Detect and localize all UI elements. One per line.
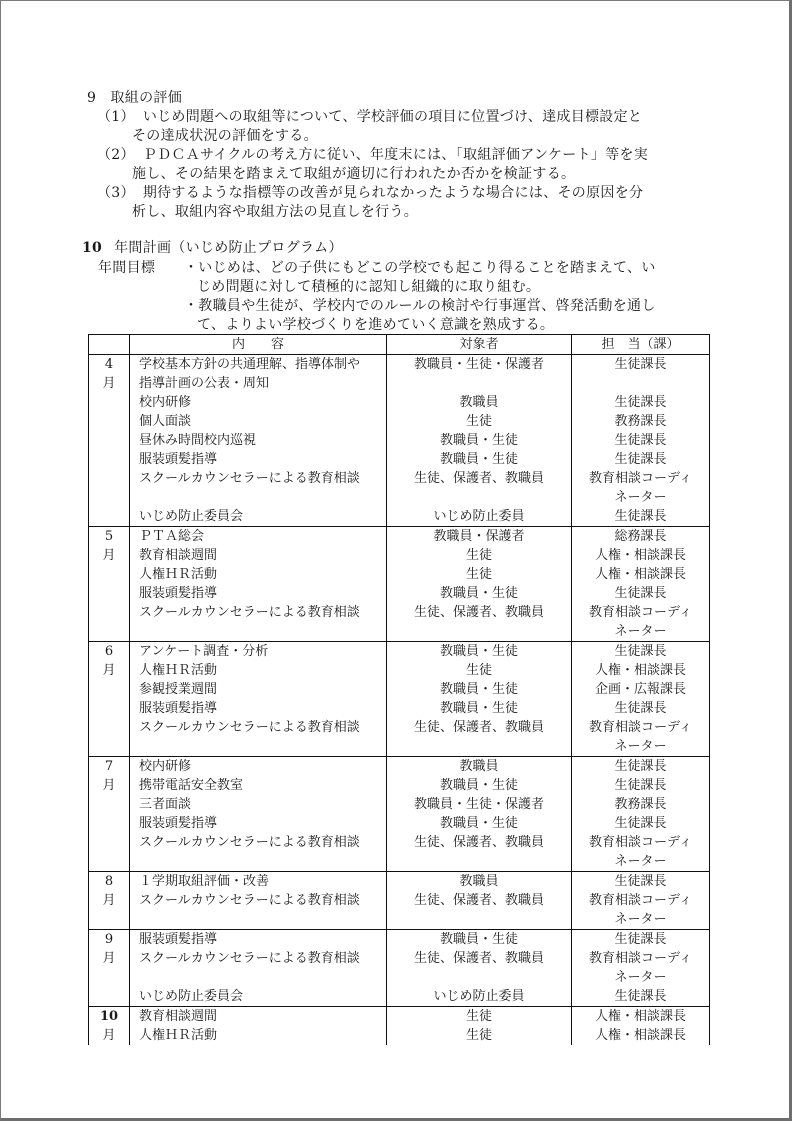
content-text: 服装頭髪指導 <box>139 584 386 603</box>
item-marker: （3） <box>97 185 135 201</box>
target-text: 教職員・生徒 <box>387 431 571 450</box>
owner-text: 生徒課長 <box>572 776 709 795</box>
document-page: 9 取組の評価 （1）いじめ問題への取組等について、学校評価の項目に位置づけ、達… <box>0 0 792 1121</box>
owner-text: ネーター <box>572 737 709 756</box>
target-text: いじめ防止委員 <box>387 507 571 526</box>
target-text: 生徒 <box>387 661 571 680</box>
content-cell: 服装頭髪指導スクールカウンセラーによる教育相談いじめ防止委員会 <box>130 930 387 1007</box>
annual-plan-table: 内 容 対象者 担 当（課） 4月学校基本方針の共通理解、指導体制や指導計画の公… <box>88 334 710 1045</box>
content-text: 教育相談週間 <box>139 1007 386 1026</box>
owner-text <box>572 374 709 393</box>
target-text: 教職員・生徒・保護者 <box>387 355 571 374</box>
content-text <box>139 968 386 987</box>
target-cell: 教職員・保護者生徒生徒教職員・生徒生徒、保護者、教職員 <box>387 527 572 642</box>
content-text: 携帯電話安全教室 <box>139 776 386 795</box>
owner-text: 生徒課長 <box>572 757 709 776</box>
owner-cell: 生徒課長人権・相談課長企画・広報課長生徒課長教育相談コーディネーター <box>572 642 710 757</box>
content-text: いじめ防止委員会 <box>139 987 386 1006</box>
owner-text: 生徒課長 <box>572 450 709 469</box>
content-text: スクールカウンセラーによる教育相談 <box>139 469 386 488</box>
section-9-heading: 9 取組の評価 <box>87 89 182 108</box>
content-cell: 学校基本方針の共通理解、指導体制や指導計画の公表・周知校内研修個人面談昼休み時間… <box>130 355 387 527</box>
content-cell: ＰＴＡ総会教育相談週間人権ＨＲ活動服装頭髪指導スクールカウンセラーによる教育相談 <box>130 527 387 642</box>
header-month <box>89 335 130 355</box>
owner-text: 教育相談コーディ <box>572 718 709 737</box>
target-text: 教職員・生徒 <box>387 814 571 833</box>
content-text: スクールカウンセラーによる教育相談 <box>139 949 386 968</box>
month-number: 10 <box>89 1007 129 1026</box>
owner-text: 企画・広報課長 <box>572 680 709 699</box>
target-text: 教職員・生徒・保護者 <box>387 795 571 814</box>
target-text: 生徒、保護者、教職員 <box>387 718 571 737</box>
owner-text: 生徒課長 <box>572 431 709 450</box>
month-cell: 10月 <box>89 1007 130 1046</box>
month-unit: 月 <box>89 949 129 968</box>
month-unit: 月 <box>89 891 129 910</box>
item-text: 期待するような指標等の改善が見られなかったような場合には、その原因を分 <box>143 185 644 201</box>
content-text: 服装頭髪指導 <box>139 450 386 469</box>
month-number: 8 <box>89 872 129 891</box>
header-target: 対象者 <box>387 335 572 355</box>
owner-text: 生徒課長 <box>572 355 709 374</box>
content-text <box>139 488 386 507</box>
header-owner: 担 当（課） <box>572 335 710 355</box>
month-cell: 7月 <box>89 757 130 872</box>
goal-2-line-1: ・教職員や生徒が、学校内でのルールの検討や行事運営、啓発活動を通し <box>184 297 656 316</box>
content-text: 服装頭髪指導 <box>139 930 386 949</box>
content-text: 昼休み時間校内巡視 <box>139 431 386 450</box>
content-text: 校内研修 <box>139 757 386 776</box>
owner-text: 人権・相談課長 <box>572 1026 709 1045</box>
owner-text: 教務課長 <box>572 795 709 814</box>
target-text: 生徒 <box>387 412 571 431</box>
owner-text: 生徒課長 <box>572 507 709 526</box>
target-text: 生徒、保護者、教職員 <box>387 833 571 852</box>
month-number: 5 <box>89 527 129 546</box>
target-text: 生徒、保護者、教職員 <box>387 469 571 488</box>
content-cell: １学期取組評価・改善スクールカウンセラーによる教育相談 <box>130 872 387 930</box>
owner-cell: 生徒課長教育相談コーディネーター <box>572 872 710 930</box>
owner-text: 教育相談コーディ <box>572 891 709 910</box>
table-row: 9月服装頭髪指導スクールカウンセラーによる教育相談いじめ防止委員会教職員・生徒生… <box>89 930 710 1007</box>
content-cell: 教育相談週間人権ＨＲ活動 <box>130 1007 387 1046</box>
section-title: 年間計画（いじめ防止プログラム） <box>114 240 343 256</box>
content-text: 個人面談 <box>139 412 386 431</box>
owner-text: 生徒課長 <box>572 699 709 718</box>
month-unit: 月 <box>89 374 129 393</box>
month-unit: 月 <box>89 776 129 795</box>
eval-item-3-line-1: （3）期待するような指標等の改善が見られなかったような場合には、その原因を分 <box>97 184 643 203</box>
target-text <box>387 910 571 929</box>
owner-text: 教育相談コーディ <box>572 833 709 852</box>
item-marker: （1） <box>97 109 135 125</box>
target-text: 生徒 <box>387 546 571 565</box>
owner-text: 生徒課長 <box>572 814 709 833</box>
month-cell: 9月 <box>89 930 130 1007</box>
content-text: 人権ＨＲ活動 <box>139 1026 386 1045</box>
content-text <box>139 910 386 929</box>
content-text: 人権ＨＲ活動 <box>139 565 386 584</box>
owner-cell: 生徒課長教育相談コーディネーター生徒課長 <box>572 930 710 1007</box>
target-text: 生徒、保護者、教職員 <box>387 603 571 622</box>
eval-item-3-line-2: 析し、取組内容や取組方法の見直しを行う。 <box>132 203 418 222</box>
table-row: 6月アンケート調査・分析人権ＨＲ活動参観授業週間服装頭髪指導スクールカウンセラー… <box>89 642 710 757</box>
table-row: 7月校内研修携帯電話安全教室三者面談服装頭髪指導スクールカウンセラーによる教育相… <box>89 757 710 872</box>
content-text <box>139 737 386 756</box>
goal-1-line-2: じめ問題に対して積極的に認知し組織的に取り組む。 <box>197 278 540 297</box>
section-number: 10 <box>82 240 102 256</box>
content-text: 人権ＨＲ活動 <box>139 661 386 680</box>
eval-item-2-line-2: 施し、その結果を踏まえて取組が適切に行われたか否かを検証する。 <box>132 165 575 184</box>
target-text: 生徒、保護者、教職員 <box>387 891 571 910</box>
header-content: 内 容 <box>130 335 387 355</box>
target-text <box>387 852 571 871</box>
month-cell: 8月 <box>89 872 130 930</box>
target-cell: 教職員・生徒・保護者教職員生徒教職員・生徒教職員・生徒生徒、保護者、教職員いじめ… <box>387 355 572 527</box>
target-text: 教職員・保護者 <box>387 527 571 546</box>
target-cell: 生徒生徒 <box>387 1007 572 1046</box>
table-header-row: 内 容 対象者 担 当（課） <box>89 335 710 355</box>
content-text: スクールカウンセラーによる教育相談 <box>139 603 386 622</box>
section-10-heading: 10年間計画（いじめ防止プログラム） <box>82 239 343 258</box>
owner-text: 教育相談コーディ <box>572 603 709 622</box>
owner-text: 人権・相談課長 <box>572 546 709 565</box>
target-cell: 教職員教職員・生徒教職員・生徒・保護者教職員・生徒生徒、保護者、教職員 <box>387 757 572 872</box>
target-text: 教職員・生徒 <box>387 450 571 469</box>
content-text: いじめ防止委員会 <box>139 507 386 526</box>
annual-goal-label: 年間目標 <box>98 259 155 278</box>
owner-text: ネーター <box>572 622 709 641</box>
table-row: 8月１学期取組評価・改善スクールカウンセラーによる教育相談教職員生徒、保護者、教… <box>89 872 710 930</box>
eval-item-1-line-2: その達成状況の評価をする。 <box>132 127 318 146</box>
goal-2-line-2: て、よりよい学校づくりを進めていく意識を熟成する。 <box>197 316 554 335</box>
content-text: アンケート調査・分析 <box>139 642 386 661</box>
item-text: ＰＤＣＡサイクルの考え方に従い、年度末には、「取組評価アンケート」等を実 <box>143 147 648 163</box>
eval-item-1-line-1: （1）いじめ問題への取組等について、学校評価の項目に位置づけ、達成目標設定と <box>97 108 642 127</box>
eval-item-2-line-1: （2）ＰＤＣＡサイクルの考え方に従い、年度末には、「取組評価アンケート」等を実 <box>97 146 648 165</box>
target-text: 生徒、保護者、教職員 <box>387 949 571 968</box>
month-unit: 月 <box>89 1026 129 1045</box>
content-cell: 校内研修携帯電話安全教室三者面談服装頭髪指導スクールカウンセラーによる教育相談 <box>130 757 387 872</box>
owner-text: ネーター <box>572 488 709 507</box>
owner-text: 教育相談コーディ <box>572 469 709 488</box>
target-text <box>387 488 571 507</box>
content-cell: アンケート調査・分析人権ＨＲ活動参観授業週間服装頭髪指導スクールカウンセラーによ… <box>130 642 387 757</box>
owner-text: 生徒課長 <box>572 584 709 603</box>
content-text: 指導計画の公表・周知 <box>139 374 386 393</box>
owner-text: 人権・相談課長 <box>572 565 709 584</box>
month-unit: 月 <box>89 546 129 565</box>
owner-text: 教務課長 <box>572 412 709 431</box>
content-text: 校内研修 <box>139 393 386 412</box>
owner-text: 人権・相談課長 <box>572 661 709 680</box>
owner-cell: 総務課長人権・相談課長人権・相談課長生徒課長教育相談コーディネーター <box>572 527 710 642</box>
target-text: 教職員・生徒 <box>387 930 571 949</box>
table-row: 10月教育相談週間人権ＨＲ活動生徒生徒人権・相談課長人権・相談課長 <box>89 1007 710 1046</box>
target-text: 教職員・生徒 <box>387 584 571 603</box>
owner-text: 生徒課長 <box>572 987 709 1006</box>
content-text: 学校基本方針の共通理解、指導体制や <box>139 355 386 374</box>
owner-text: 人権・相談課長 <box>572 1007 709 1026</box>
month-cell: 6月 <box>89 642 130 757</box>
month-cell: 4月 <box>89 355 130 527</box>
content-text: 三者面談 <box>139 795 386 814</box>
owner-text: 生徒課長 <box>572 393 709 412</box>
month-number: 9 <box>89 930 129 949</box>
owner-text: 総務課長 <box>572 527 709 546</box>
target-text: 生徒 <box>387 1007 571 1026</box>
content-text: 服装頭髪指導 <box>139 699 386 718</box>
owner-text: ネーター <box>572 910 709 929</box>
content-text: 参観授業週間 <box>139 680 386 699</box>
goal-1-line-1: ・いじめは、どの子供にもどこの学校でも起こり得ることを踏まえて、い <box>184 259 656 278</box>
owner-text: 生徒課長 <box>572 930 709 949</box>
owner-text: ネーター <box>572 968 709 987</box>
content-text: １学期取組評価・改善 <box>139 872 386 891</box>
content-text: 教育相談週間 <box>139 546 386 565</box>
table-row: 4月学校基本方針の共通理解、指導体制や指導計画の公表・周知校内研修個人面談昼休み… <box>89 355 710 527</box>
owner-cell: 生徒課長生徒課長教務課長生徒課長生徒課長教育相談コーディネーター生徒課長 <box>572 355 710 527</box>
target-text: 教職員・生徒 <box>387 776 571 795</box>
content-text: 服装頭髪指導 <box>139 814 386 833</box>
target-text: いじめ防止委員 <box>387 987 571 1006</box>
target-text: 教職員 <box>387 757 571 776</box>
target-text: 教職員 <box>387 872 571 891</box>
owner-text: ネーター <box>572 852 709 871</box>
target-text <box>387 968 571 987</box>
target-cell: 教職員生徒、保護者、教職員 <box>387 872 572 930</box>
content-text <box>139 852 386 871</box>
target-cell: 教職員・生徒生徒教職員・生徒教職員・生徒生徒、保護者、教職員 <box>387 642 572 757</box>
owner-cell: 生徒課長生徒課長教務課長生徒課長教育相談コーディネーター <box>572 757 710 872</box>
target-text <box>387 622 571 641</box>
owner-text: 生徒課長 <box>572 872 709 891</box>
content-text: スクールカウンセラーによる教育相談 <box>139 833 386 852</box>
owner-cell: 人権・相談課長人権・相談課長 <box>572 1007 710 1046</box>
owner-text: 教育相談コーディ <box>572 949 709 968</box>
table-body: 4月学校基本方針の共通理解、指導体制や指導計画の公表・周知校内研修個人面談昼休み… <box>89 355 710 1046</box>
owner-text: 生徒課長 <box>572 642 709 661</box>
target-cell: 教職員・生徒生徒、保護者、教職員いじめ防止委員 <box>387 930 572 1007</box>
content-text: スクールカウンセラーによる教育相談 <box>139 718 386 737</box>
target-text: 教職員・生徒 <box>387 699 571 718</box>
month-number: 4 <box>89 355 129 374</box>
target-text: 教職員・生徒 <box>387 680 571 699</box>
month-cell: 5月 <box>89 527 130 642</box>
item-text: いじめ問題への取組等について、学校評価の項目に位置づけ、達成目標設定と <box>143 109 642 125</box>
content-text: ＰＴＡ総会 <box>139 527 386 546</box>
target-text: 教職員・生徒 <box>387 642 571 661</box>
month-unit: 月 <box>89 661 129 680</box>
month-number: 7 <box>89 757 129 776</box>
target-text: 生徒 <box>387 565 571 584</box>
target-text <box>387 374 571 393</box>
target-text <box>387 737 571 756</box>
table-row: 5月ＰＴＡ総会教育相談週間人権ＨＲ活動服装頭髪指導スクールカウンセラーによる教育… <box>89 527 710 642</box>
target-text: 生徒 <box>387 1026 571 1045</box>
item-marker: （2） <box>97 147 135 163</box>
content-text: スクールカウンセラーによる教育相談 <box>139 891 386 910</box>
month-number: 6 <box>89 642 129 661</box>
target-text: 教職員 <box>387 393 571 412</box>
content-text <box>139 622 386 641</box>
